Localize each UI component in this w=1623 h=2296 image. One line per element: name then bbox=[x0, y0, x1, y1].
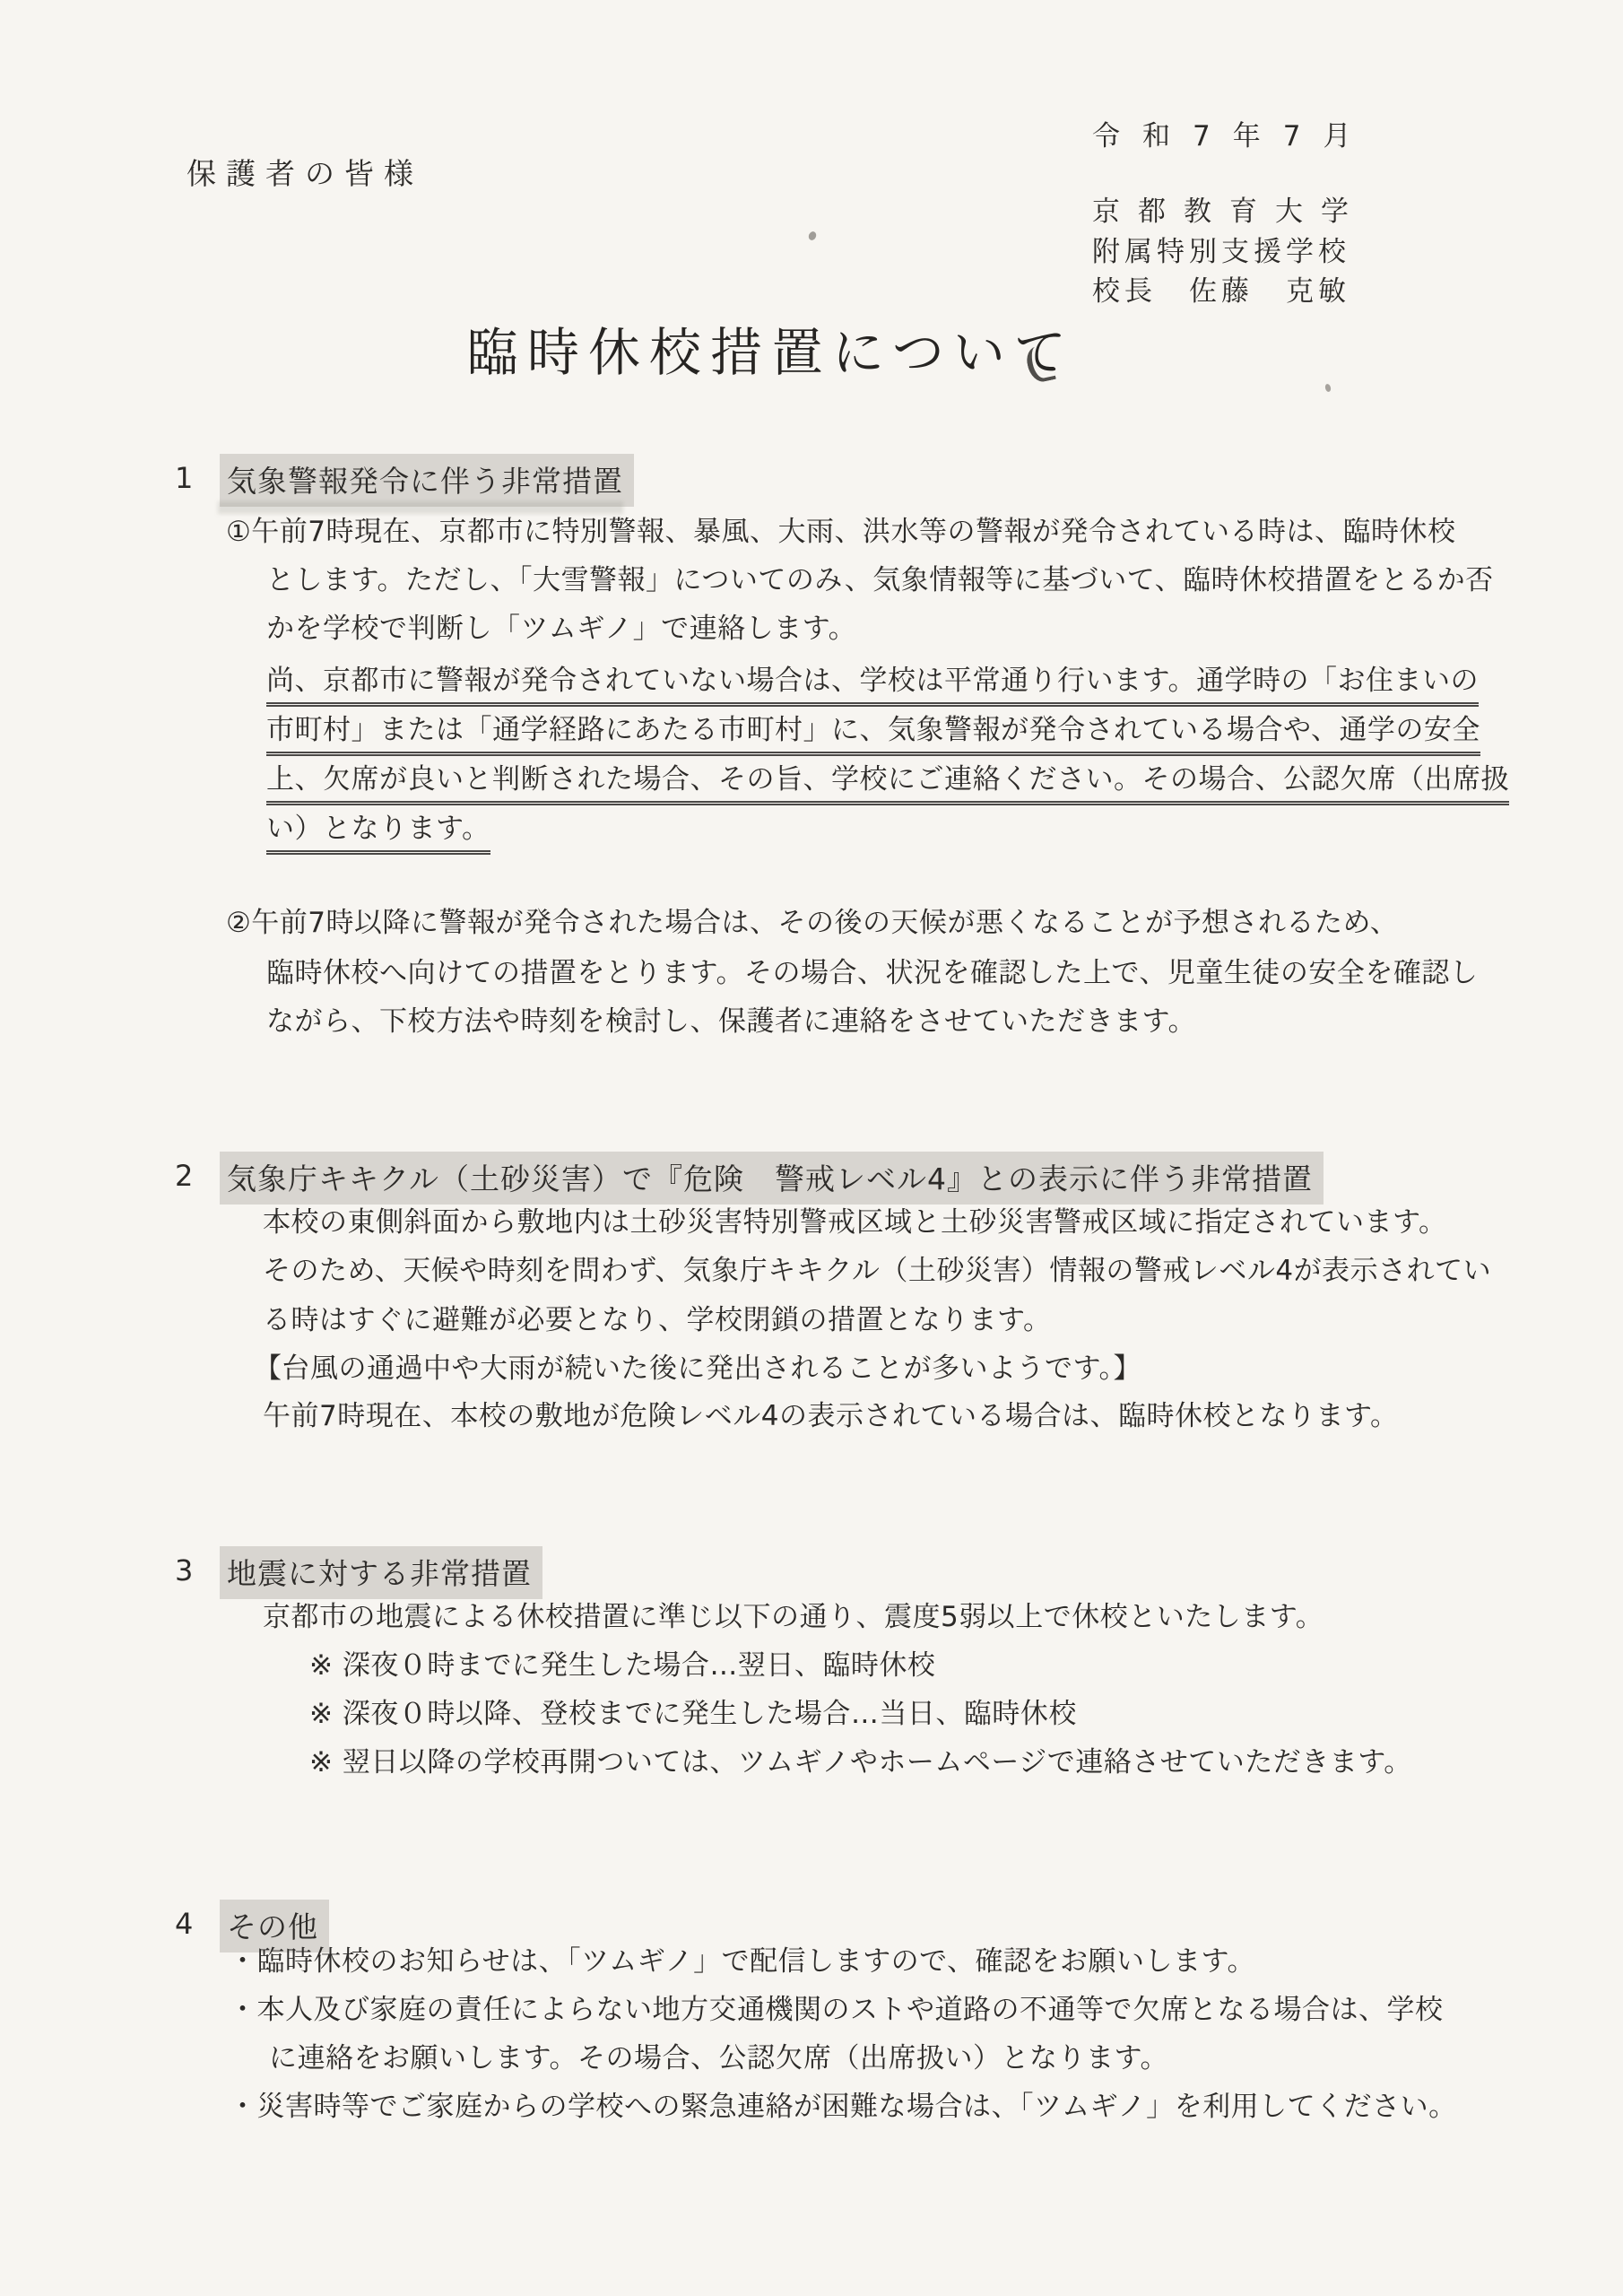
issue-date: 令和7年7月 bbox=[1092, 113, 1373, 153]
body-line: 午前7時現在、本校の敷地が危険レベル4の表示されている場合は、臨時休校となります… bbox=[263, 1401, 1398, 1433]
section-2-number: 2 bbox=[175, 1159, 193, 1193]
bullet-line: ・本人及び家庭の責任によらない地方交通機関のストや道路の不通等で欠席となる場合は… bbox=[229, 1995, 1444, 2027]
body-line: かを学校で判断し「ツムギノ」で連絡します。 bbox=[266, 613, 856, 646]
bullet-continuation-line: に連絡をお願いします。その場合、公認欠席（出席扱い）となります。 bbox=[269, 2043, 1168, 2075]
underlined-line: 市町村」または「通学経路にあたる市町村」に、気象警報が発令されている場合や、通学… bbox=[266, 715, 1480, 756]
body-line: 【台風の通過中や大雨が続いた後に発出されることが多いようです。】 bbox=[254, 1353, 1141, 1386]
underlined-line: 尚、京都市に警報が発令されていない場合は、学校は平常通り行います。通学時の「お住… bbox=[266, 665, 1479, 707]
sender-principal: 校長 佐藤 克敏 bbox=[1092, 268, 1350, 309]
body-line: ながら、下校方法や時刻を検討し、保護者に連絡をさせていただきます。 bbox=[266, 1006, 1196, 1039]
bullet-line: ・臨時休校のお知らせは、「ツムギノ」で配信しますので、確認をお願いします。 bbox=[229, 1946, 1255, 1979]
section-2-heading: 気象庁キキクル（土砂災害）で『危険 警戒レベル4』との表示に伴う非常措置 bbox=[220, 1152, 1324, 1205]
body-line: とします。ただし、「大雪警報」についてのみ、気象情報等に基づいて、臨時休校措置を… bbox=[266, 565, 1494, 597]
body-line: ②午前7時以降に警報が発令された場合は、その後の天候が悪くなることが予想されるた… bbox=[226, 908, 1398, 940]
recipient-line: 保護者の皆様 bbox=[187, 151, 423, 193]
sender-university: 京都教育大学 bbox=[1092, 188, 1367, 229]
scan-speck bbox=[1324, 383, 1332, 392]
body-line: ①午前7時現在、京都市に特別警報、暴風、大雨、洪水等の警報が発令されている時は、… bbox=[226, 517, 1456, 549]
scan-speck bbox=[807, 230, 817, 241]
section-3-number: 3 bbox=[175, 1553, 193, 1587]
note-line: ※ 翌日以降の学校再開ついては、ツムギノやホームページで連絡させていただきます。 bbox=[309, 1747, 1412, 1779]
section-4-number: 4 bbox=[175, 1907, 193, 1941]
document-title: 臨時休校措置について bbox=[466, 310, 1075, 386]
underlined-line: 上、欠席が良いと判断された場合、その旨、学校にご連絡ください。その場合、公認欠席… bbox=[266, 764, 1509, 805]
note-line: ※ 深夜０時までに発生した場合…翌日、臨時休校 bbox=[309, 1650, 935, 1683]
underlined-line: い）となります。 bbox=[266, 813, 490, 855]
note-line: ※ 深夜０時以降、登校までに発生した場合…当日、臨時休校 bbox=[309, 1699, 1077, 1731]
body-line: そのため、天候や時刻を問わず、気象庁キキクル（土砂災害）情報の警戒レベル4が表示… bbox=[263, 1256, 1491, 1288]
body-line: 臨時休校へ向けての措置をとります。その場合、状況を確認した上で、児童生徒の安全を… bbox=[266, 958, 1478, 990]
body-line: 本校の東側斜面から敷地内は土砂災害特別警戒区域と土砂災害警戒区域に指定されていま… bbox=[263, 1207, 1447, 1239]
scan-smear bbox=[218, 501, 623, 514]
sender-school: 附属特別支援学校 bbox=[1092, 229, 1350, 269]
section-1-heading: 気象警報発令に伴う非常措置 bbox=[220, 454, 634, 507]
bullet-line: ・災害時等でご家庭からの学校への緊急連絡が困難な場合は、「ツムギノ」を利用してく… bbox=[229, 2092, 1457, 2124]
body-line: る時はすぐに避難が必要となり、学校閉鎖の措置となります。 bbox=[263, 1305, 1052, 1337]
scanned-document-page: 保護者の皆様 令和7年7月 京都教育大学 附属特別支援学校 校長 佐藤 克敏 臨… bbox=[0, 0, 1623, 2296]
section-3-heading: 地震に対する非常措置 bbox=[220, 1546, 542, 1599]
section-1-number: 1 bbox=[175, 461, 193, 495]
body-line: 京都市の地震による休校措置に準じ以下の通り、震度5弱以上で休校といたします。 bbox=[263, 1602, 1324, 1634]
